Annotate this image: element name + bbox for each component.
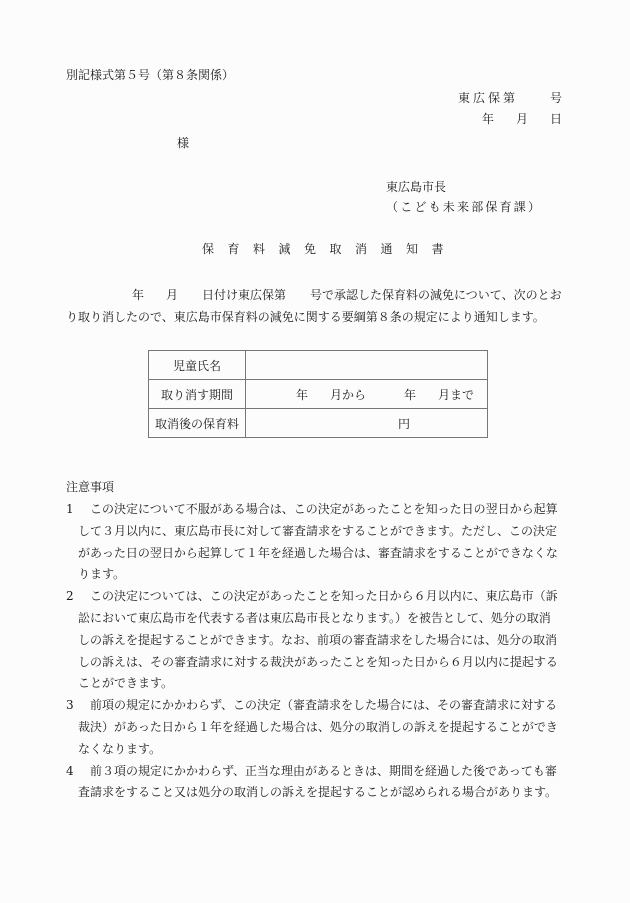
recipient-honorific: 様	[177, 134, 189, 151]
to-month: 月まで	[438, 386, 474, 403]
document-number-suffix: 号	[550, 91, 565, 105]
from-year: 年	[296, 386, 308, 403]
date-year: 年	[482, 112, 494, 126]
issuer-department: （こども未来部保育課）	[386, 198, 542, 215]
issuer-name: 東広島市長	[386, 178, 446, 195]
info-table: 児童氏名 取り消す期間 年 月から 年 月まで 取消後の保育料 円	[148, 350, 488, 438]
label-cancel-period: 取り消す期間	[149, 380, 246, 409]
note-item-2: 2この決定については、この決定があったことを知った日から６月以内に、東広島市（訴…	[66, 586, 586, 695]
note-item-4: 4前３項の規定にかかわらず、正当な理由があるときは、期間を経過した後であっても審…	[66, 761, 586, 805]
label-fee-after: 取消後の保育料	[149, 409, 246, 438]
note-item-3: 3前項の規定にかかわらず、この決定（審査請求をした場合には、その審査請求に対する…	[66, 695, 586, 760]
body-line-2: り取り消したので、東広島市保育料の減免に関する要綱第８条の規定により通知します。	[66, 306, 576, 328]
notes-heading: 注意事項	[66, 478, 114, 495]
from-month: 月から	[330, 386, 366, 403]
form-id: 別記様式第５号（第８条関係）	[66, 66, 234, 83]
body-paragraph: 年月日付け東広保第号で承認した保育料の減免について、次のとお り取り消したので、…	[66, 284, 576, 328]
notes-list: 1この決定について不服がある場合は、この決定があったことを知った日の翌日から起算…	[66, 499, 586, 804]
value-child-name	[246, 351, 488, 380]
table-row-child-name: 児童氏名	[149, 351, 488, 380]
to-year: 年	[404, 386, 416, 403]
value-fee-after: 円	[246, 409, 488, 438]
label-child-name: 児童氏名	[149, 351, 246, 380]
document-number-prefix: 東広保第	[458, 91, 518, 105]
document-date: 年月日	[482, 110, 562, 127]
date-day: 日	[550, 112, 562, 126]
table-row-cancel-period: 取り消す期間 年 月から 年 月まで	[149, 380, 488, 409]
value-cancel-period: 年 月から 年 月まで	[246, 380, 488, 409]
note-item-1: 1この決定について不服がある場合は、この決定があったことを知った日の翌日から起算…	[66, 499, 586, 586]
document-title: 保育料減免取消通知書	[202, 240, 457, 257]
table-row-fee-after: 取消後の保育料 円	[149, 409, 488, 438]
date-month: 月	[516, 112, 528, 126]
body-line-1: 年月日付け東広保第号で承認した保育料の減免について、次のとお	[66, 284, 576, 306]
document-number: 東広保第号	[458, 89, 565, 106]
